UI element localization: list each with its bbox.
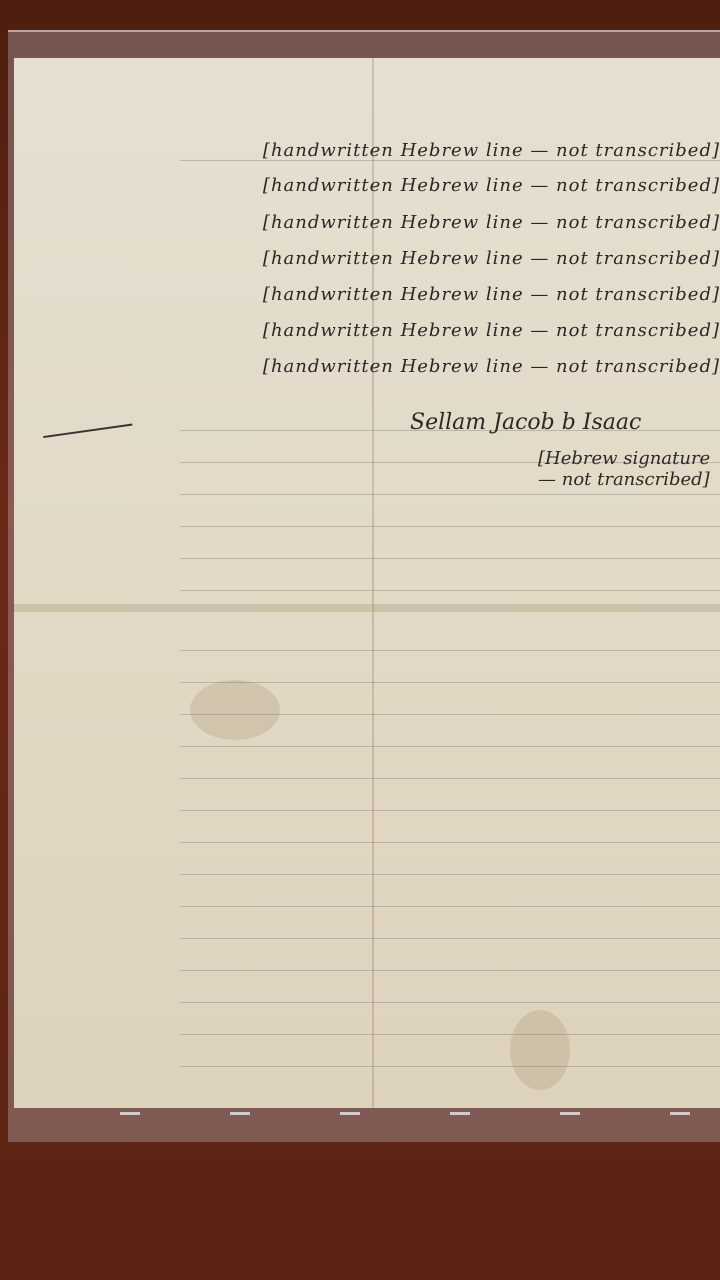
handwritten-line: [handwritten Hebrew line — not transcrib… [0, 320, 720, 346]
handwritten-line: [handwritten Hebrew line — not transcrib… [0, 284, 720, 310]
sleeve-stitch [670, 1112, 690, 1115]
ruled-line [180, 810, 720, 811]
ruled-line [180, 558, 720, 559]
ruled-line [180, 682, 720, 683]
ruled-line [180, 526, 720, 527]
sleeve-stitch [120, 1112, 140, 1115]
handwritten-line: [handwritten Hebrew line — not transcrib… [300, 248, 720, 274]
signature-latin: Sellam Jacob b Isaac [410, 410, 641, 435]
ruled-line [180, 494, 720, 495]
ruled-line [180, 746, 720, 747]
sleeve-stitch [230, 1112, 250, 1115]
ruled-line [180, 778, 720, 779]
ruled-line [180, 906, 720, 907]
ruled-line [180, 590, 720, 591]
sleeve-stitch [340, 1112, 360, 1115]
hebrew-signature: [Hebrew signature — not transcribed] [538, 448, 720, 490]
ruled-line [180, 1002, 720, 1003]
sleeve-stitch [450, 1112, 470, 1115]
paper-stain [510, 1010, 570, 1090]
paper-stain [190, 680, 280, 740]
handwritten-line: [handwritten Hebrew line — not transcrib… [0, 175, 720, 201]
ruled-line [180, 650, 720, 651]
ruled-line [180, 874, 720, 875]
ruled-line [180, 842, 720, 843]
horizontal-fold [14, 604, 720, 612]
sleeve-stitch [560, 1112, 580, 1115]
ruled-line [180, 1066, 720, 1067]
ruled-line [180, 1034, 720, 1035]
ruled-line [180, 938, 720, 939]
handwritten-line: [handwritten Hebrew line — not transcrib… [420, 140, 720, 166]
handwritten-line: [handwritten Hebrew line — not transcrib… [0, 356, 720, 382]
handwritten-line: [handwritten Hebrew line — not transcrib… [0, 212, 720, 238]
ruled-line [180, 970, 720, 971]
